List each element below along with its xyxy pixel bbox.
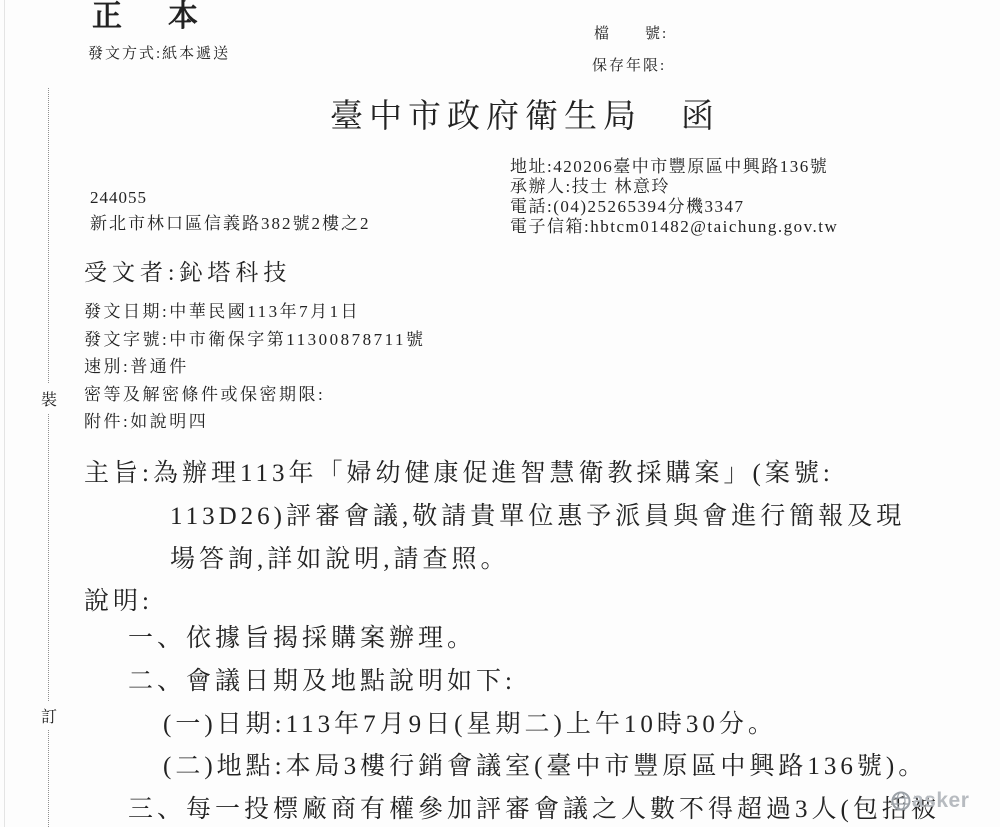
- binding-mark-zhuang: 裝: [40, 384, 58, 413]
- description-item-2: 二、會議日期及地點說明如下:: [128, 661, 516, 697]
- copy-type-label: 正 本: [92, 0, 206, 35]
- subject-line-1: 主旨:為辦理113年「婦幼健康促進智慧衛教採購案」(案號:: [84, 453, 834, 489]
- watermark-globe-icon: [891, 791, 911, 811]
- subject-text-1: 為辦理113年「婦幼健康促進智慧衛教採購案」(案號:: [153, 460, 834, 487]
- description-item-1: 一、依據旨揭採購案辦理。: [128, 618, 476, 654]
- recipient-name: 受文者:鈊塔科技: [84, 254, 291, 287]
- description-item-2b: (二)地點:本局3樓行銷會議室(臺中市豐原區中興路136號)。: [163, 746, 927, 782]
- agency-email: 電子信箱:hbtcm01482@taichung.gov.tw: [510, 217, 838, 237]
- issue-date: 發文日期:中華民國113年7月1日: [84, 298, 425, 326]
- speed-class: 速別:普通件: [84, 353, 425, 381]
- attachment-note: 附件:如說明四: [84, 408, 425, 436]
- agency-phone: 電話:(04)25265394分機3347: [510, 197, 838, 217]
- subject-line-3: 場答詢,詳如說明,請查照。: [170, 539, 510, 575]
- document-number: 發文字號:中市衛保字第11300878711號: [84, 326, 425, 354]
- security-class: 密等及解密條件或保密期限:: [84, 381, 425, 409]
- watermark: asker: [891, 789, 969, 813]
- document-title: 臺中市政府衛生局 函: [330, 90, 720, 137]
- description-item-3: 三、每一投標廠商有權參加評審會議之人數不得超過3人(包括被: [128, 789, 940, 825]
- agency-contact-person: 承辦人:技士 林意玲: [510, 177, 838, 197]
- subject-line-2: 113D26)評審會議,敬請貴單位惠予派員與會進行簡報及現: [170, 496, 905, 532]
- delivery-method: 發文方式:紙本遞送: [88, 42, 230, 63]
- scan-edge-line: [4, 0, 5, 827]
- binding-mark-ding: 訂: [40, 701, 58, 730]
- document-page: 正 本 發文方式:紙本遞送 檔 號: 保存年限: 臺中市政府衛生局 函 地址:4…: [0, 0, 1000, 827]
- agency-info-block: 地址:420206臺中市豐原區中興路136號 承辦人:技士 林意玲 電話:(04…: [510, 157, 838, 237]
- subject-label: 主旨:: [84, 460, 153, 487]
- agency-address: 地址:420206臺中市豐原區中興路136號: [510, 157, 838, 177]
- watermark-text: asker: [912, 789, 969, 813]
- retention-period-label: 保存年限:: [592, 54, 666, 75]
- file-number-label: 檔 號:: [594, 22, 668, 43]
- recipient-postal-code: 244055: [90, 188, 147, 208]
- recipient-address: 新北市林口區信義路382號2樓之2: [90, 209, 371, 234]
- document-meta-block: 發文日期:中華民國113年7月1日 發文字號:中市衛保字第11300878711…: [84, 298, 425, 436]
- description-item-2a: (一)日期:113年7月9日(星期二)上午10時30分。: [163, 704, 777, 740]
- description-label: 說明:: [84, 581, 153, 617]
